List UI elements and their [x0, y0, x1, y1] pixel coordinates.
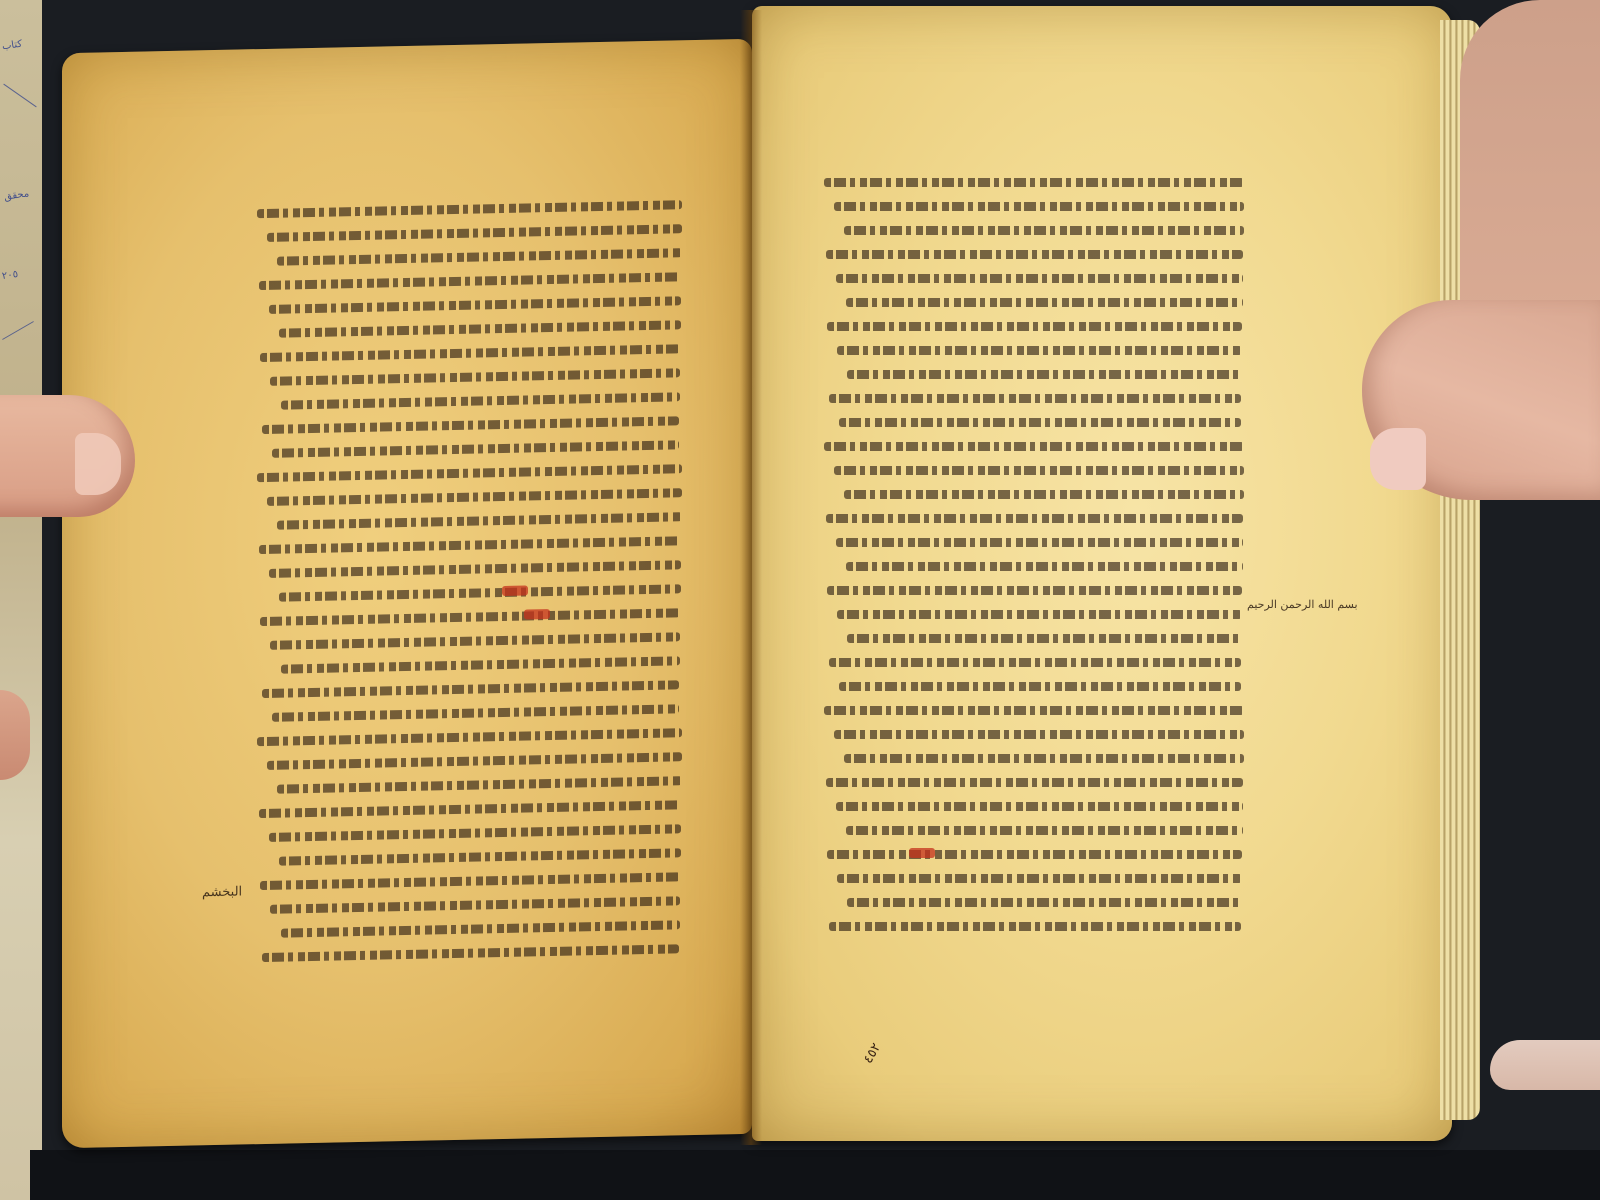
manuscript-text-line: كذا المشترك والتبيل لان ارادة الواحد هنا… — [277, 248, 682, 258]
manuscript-text-line: وعمارة المساجد ونحو ذلك وقال آخرون انه ي… — [834, 202, 1244, 204]
manuscript-text-line: واعلموا انما غنمتم من شيء فان لله خمسه و… — [844, 226, 1244, 228]
manuscript-text-line — [844, 490, 1244, 492]
manuscript-text-line — [837, 346, 1242, 348]
right-thumb — [1362, 300, 1600, 500]
manuscript-text-line — [279, 848, 681, 858]
manuscript-text-line — [827, 850, 1242, 852]
manuscript-text-line: واعلموا انما غنمتم من شيء فان لله خمسه و… — [836, 274, 1243, 276]
table-surface — [30, 1150, 1600, 1200]
ink-line — [2, 321, 34, 340]
text-line-content: ثم قال الامع كما ذكر الجنس كما في ابن ال… — [267, 218, 682, 240]
manuscript-text-line — [844, 754, 1244, 756]
right-page-text-block: والمساكين وابناء السبيل والى هذا القول ذ… — [824, 178, 1244, 946]
rubric-red-word — [524, 609, 550, 620]
text-line-content: واعلموا انما غنمتم من شيء فان لله خمسه و… — [844, 220, 1244, 233]
thumbnail — [1370, 428, 1426, 490]
folio-number: ٤٥٢ — [861, 1041, 884, 1067]
manuscript-text-line — [846, 826, 1243, 828]
manuscript-text-line — [262, 416, 679, 427]
left-margin-note: البخشم — [202, 884, 242, 900]
manuscript-text-line — [272, 440, 679, 451]
text-line-content: كذا المشترك والتبيل لان ارادة الواحد هنا… — [277, 242, 682, 263]
manuscript-text-line — [267, 752, 682, 763]
manuscript-text-line — [846, 298, 1243, 300]
manuscript-text-line — [260, 608, 680, 619]
marginal-blue-note: محقق — [3, 188, 30, 202]
text-line-content: بالامام مبان قولهم والذي القربى لفظ مفرد… — [257, 194, 682, 216]
manuscript-text-line: الكبير وفيه محال عليه المان — [269, 296, 681, 307]
manuscript-text-line — [837, 874, 1242, 876]
rubric-red-word — [502, 585, 528, 596]
marginal-blue-note: كتاب — [1, 39, 23, 53]
manuscript-text-line — [829, 658, 1241, 660]
ink-line — [3, 84, 36, 108]
manuscript-text-line — [257, 728, 682, 739]
manuscript-text-line — [837, 610, 1242, 612]
manuscript-text-line — [269, 824, 681, 835]
background-paper-with-notes: كتاب محقق ٢٠٥ — [0, 0, 42, 1200]
manuscript-text-line — [839, 682, 1241, 684]
manuscript-text-line — [270, 368, 680, 379]
manuscript-text-line — [259, 800, 681, 811]
manuscript-text-line — [277, 512, 682, 522]
manuscript-text-line — [272, 704, 679, 715]
book-gutter — [740, 10, 762, 1145]
manuscript-text-line — [846, 562, 1243, 564]
text-line-content: واعلموا انما غنمتم من شيء فان لله خمسه و… — [836, 268, 1243, 281]
manuscript-text-line — [270, 896, 680, 907]
manuscript-text-line — [827, 586, 1242, 588]
manuscript-text-line — [826, 778, 1243, 780]
manuscript-right-page: والمساكين وابناء السبيل والى هذا القول ذ… — [752, 6, 1452, 1141]
manuscript-text-line — [269, 560, 681, 571]
left-finger — [0, 395, 135, 517]
manuscript-text-line — [260, 344, 680, 355]
manuscript-text-line — [847, 370, 1242, 372]
manuscript-text-line — [281, 392, 681, 402]
manuscript-text-line — [829, 922, 1241, 924]
manuscript-text-line — [262, 944, 679, 955]
text-line-content: وعمارة المساجد ونحو ذلك وقال آخرون انه ي… — [834, 196, 1244, 209]
manuscript-left-page: بالامام مبان قولهم والذي القربى لفظ مفرد… — [62, 39, 752, 1148]
manuscript-text-line — [279, 320, 681, 330]
manuscript-text-line — [281, 920, 681, 930]
manuscript-text-line — [834, 466, 1244, 468]
right-hand-lower — [1490, 1040, 1600, 1090]
manuscript-text-line: ثم قال الامع كما ذكر الجنس كما في ابن ال… — [267, 224, 682, 235]
manuscript-text-line — [839, 418, 1241, 420]
manuscript-text-line: معنى التنزيل في صرفه في الاصناف الستة وم… — [826, 250, 1243, 252]
manuscript-text-line — [262, 680, 679, 691]
manuscript-text-line — [847, 898, 1242, 900]
manuscript-text-line — [826, 514, 1243, 516]
text-line-content: والمساكين وابناء السبيل والى هذا القول ذ… — [824, 172, 1244, 185]
marginal-blue-note: ٢٠٥ — [1, 269, 18, 282]
fingernail — [75, 433, 121, 495]
rubric-red-word — [909, 848, 935, 858]
manuscript-text-line — [836, 538, 1243, 540]
manuscript-text-line — [824, 442, 1244, 444]
manuscript-text-line — [267, 488, 682, 499]
manuscript-text-line — [279, 584, 681, 594]
manuscript-text-line — [277, 776, 682, 786]
manuscript-text-line — [270, 632, 680, 643]
left-page-text-block: بالامام مبان قولهم والذي القربى لفظ مفرد… — [257, 200, 682, 977]
manuscript-text-line — [827, 322, 1242, 324]
manuscript-text-line — [836, 802, 1243, 804]
manuscript-text-line: بالامام مبان قولهم والذي القربى لفظ مفرد… — [257, 200, 682, 211]
text-line-content: الكبير وفيه محال عليه المان — [269, 290, 681, 312]
manuscript-text-line — [824, 706, 1244, 708]
manuscript-text-line — [259, 536, 681, 547]
manuscript-text-line — [281, 656, 681, 666]
manuscript-text-line: وغيره في المباد ومنع هذا المقام الجنس — [259, 272, 681, 283]
right-margin-note: بسم الله الرحمن الرحيم — [1247, 598, 1358, 611]
text-line-content: وغيره في المباد ومنع هذا المقام الجنس — [259, 266, 681, 288]
manuscript-text-line — [260, 872, 680, 883]
text-line-content: معنى التنزيل في صرفه في الاصناف الستة وم… — [826, 244, 1243, 257]
manuscript-text-line — [847, 634, 1242, 636]
manuscript-text-line — [834, 730, 1244, 732]
manuscript-text-line: والمساكين وابناء السبيل والى هذا القول ذ… — [824, 178, 1244, 180]
manuscript-text-line — [257, 464, 682, 475]
manuscript-text-line — [829, 394, 1241, 396]
